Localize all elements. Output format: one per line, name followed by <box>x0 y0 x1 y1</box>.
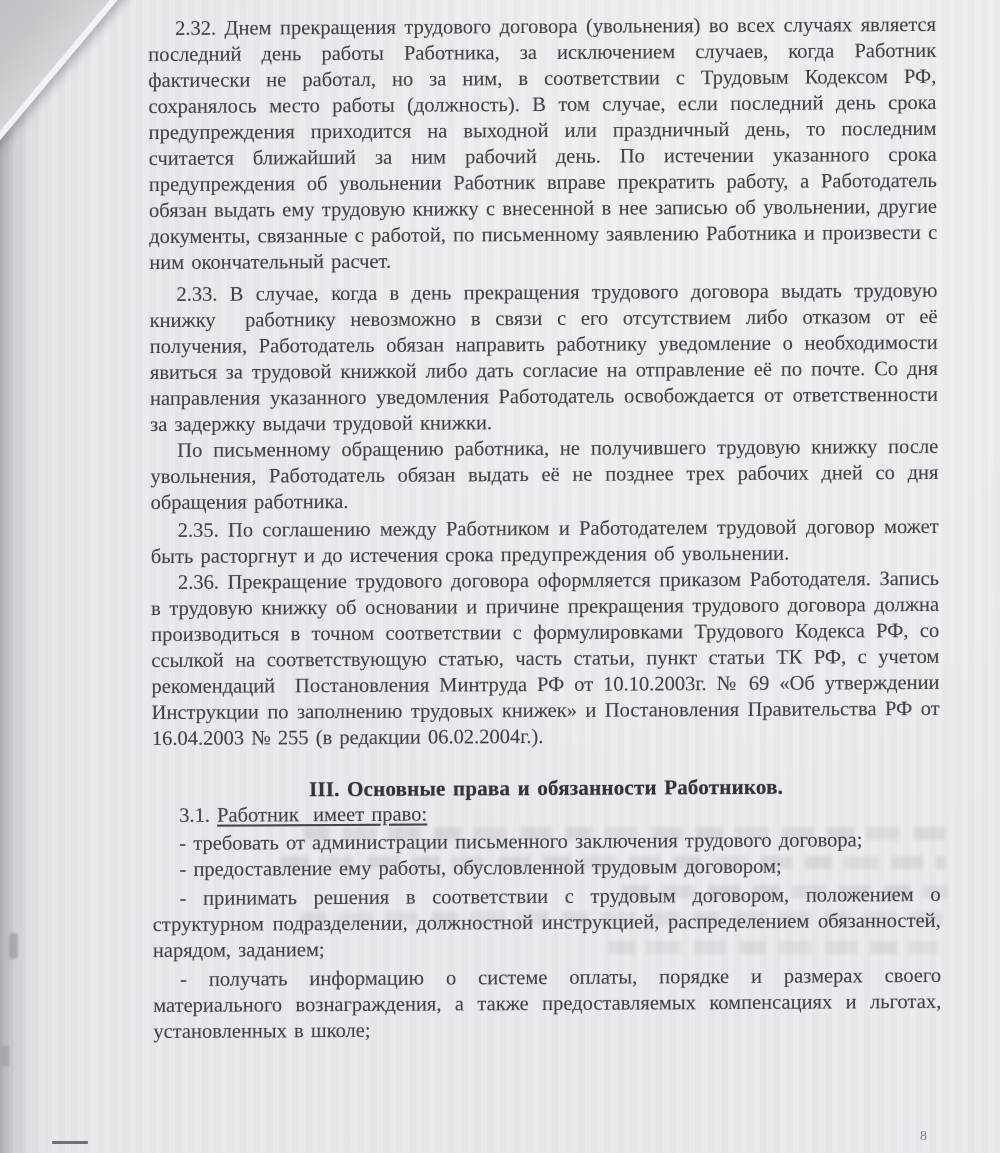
right-item: - получать информацию о системе оплаты, … <box>153 963 941 1045</box>
document-text-column: 2.32. Днем прекращения трудового договор… <box>148 12 941 1045</box>
right-item: - требовать от администрации письменного… <box>152 827 940 857</box>
right-item: - предоставление ему работы, обусловленн… <box>152 853 940 883</box>
section-heading: III. Основные права и обязанности Работн… <box>152 773 940 803</box>
paragraph-2-36: 2.36. Прекращение трудового договора офо… <box>151 566 940 752</box>
paragraph-2-34: По письменному обращению работника, не п… <box>150 434 938 516</box>
page-number: 8 <box>920 1129 927 1145</box>
scan-artifact-dash <box>52 1141 88 1144</box>
scan-corner-fold <box>0 0 148 163</box>
scanned-document-page: { "colors": { "paper": "#e9e8ec", "ink":… <box>0 0 1000 1153</box>
paragraph-2-33: 2.33. В случае, когда в день прекращения… <box>149 278 938 438</box>
scan-artifact-speck <box>9 933 18 959</box>
clause-3-1-title: Работник имеет право: <box>217 804 427 827</box>
clause-3-1-number: 3.1. <box>179 805 210 827</box>
right-item: - принимать решения в соответствии с тру… <box>153 882 941 964</box>
paragraph-2-35: 2.35. По соглашению между Работником и Р… <box>151 514 939 570</box>
rights-list: - требовать от администрации письменного… <box>152 827 941 1045</box>
scan-artifact-speck <box>1 1046 9 1066</box>
paragraph-2-32: 2.32. Днем прекращения трудового договор… <box>148 12 937 276</box>
clause-3-1: 3.1. Работник имеет право: <box>152 799 940 829</box>
